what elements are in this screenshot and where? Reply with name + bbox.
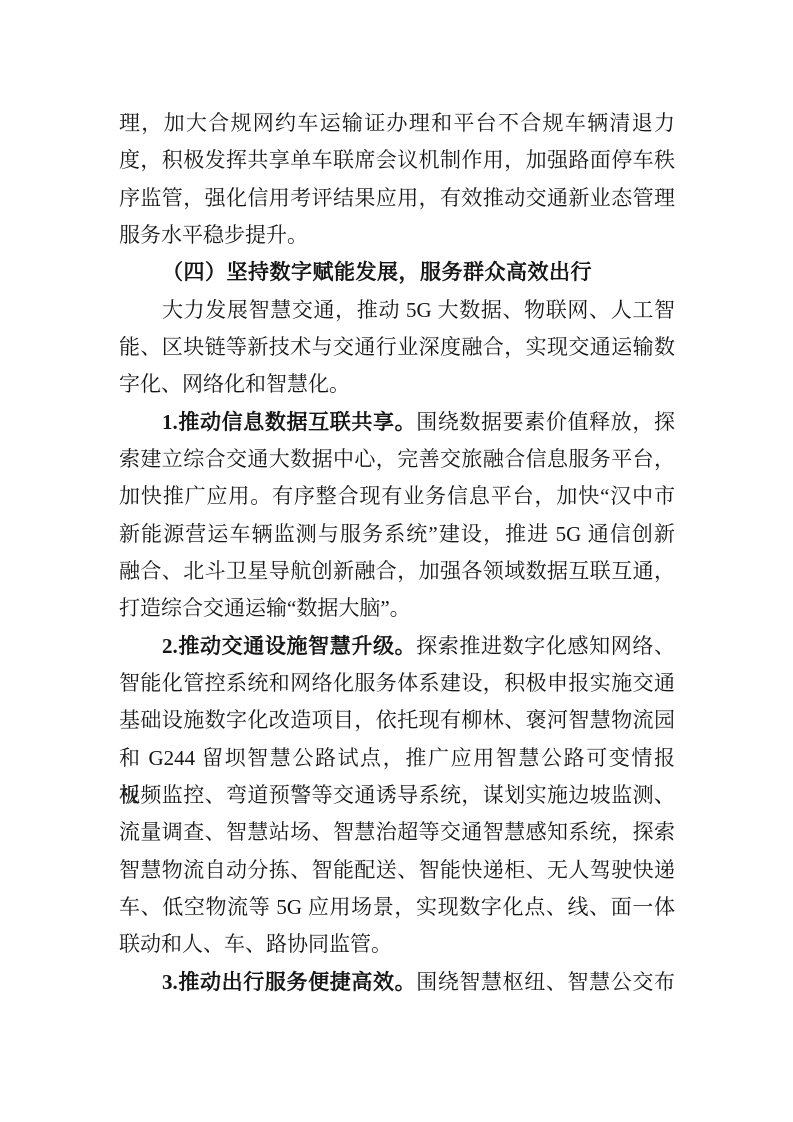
text-line: 视频监控、弯道预警等交通诱导系统，谋划实施边坡监测、 [119,777,675,814]
text-line: （四）坚持数字赋能发展，服务群众高效出行 [119,254,675,291]
text-line-segment: 服务水平稳步提升。 [119,223,308,247]
document-body: 理，加大合规网约车运输证办理和平台不合规车辆清退力度，积极发挥共享单车联席会议机… [119,105,675,1001]
text-line: 流量调查、智慧站场、智慧治超等交通智慧感知系统，探索 [119,814,675,851]
text-line: 理，加大合规网约车运输证办理和平台不合规车辆清退力 [119,105,675,142]
text-line-segment: 基础设施数字化改造项目，依托现有柳林、褒河智慧物流园 [119,708,675,732]
text-line: 能、区块链等新技术与交通行业深度融合，实现交通运输数 [119,329,675,366]
text-line-segment: 索建立综合交通大数据中心，完善交旅融合信息服务平台， [119,447,675,471]
text-line: 序监管，强化信用考评结果应用，有效推动交通新业态管理 [119,180,675,217]
text-line-segment: 度，积极发挥共享单车联席会议机制作用，加强路面停车秩 [119,148,675,172]
text-line: 1.推动信息数据互联共享。围绕数据要素价值释放，探 [119,404,675,441]
text-line-segment: 融合、北斗卫星导航创新融合，加强各领域数据互联互通， [119,559,675,583]
text-line: 服务水平稳步提升。 [119,217,675,254]
text-line-segment: 大力发展智慧交通，推动 5G 大数据、物联网、人工智 [162,298,675,322]
text-line-segment: 字化、网络化和智慧化。 [119,372,350,396]
text-line-segment: 新能源营运车辆监测与服务系统”建设，推进 5G 通信创新 [119,522,675,546]
text-line-segment: 车、低空物流等 5G 应用场景，实现数字化点、线、面一体 [119,895,675,919]
text-line-segment: 视频监控、弯道预警等交通诱导系统，谋划实施边坡监测、 [119,783,675,807]
text-line: 度，积极发挥共享单车联席会议机制作用，加强路面停车秩 [119,142,675,179]
text-line-bold-segment: 3.推动出行服务便捷高效。 [162,970,416,994]
text-line: 联动和人、车、路协同监管。 [119,926,675,963]
text-line: 智慧物流自动分拣、智能配送、智能快递柜、无人驾驶快递 [119,852,675,889]
text-line: 加快推广应用。有序整合现有业务信息平台，加快“汉中市 [119,478,675,515]
text-line: 3.推动出行服务便捷高效。围绕智慧枢纽、智慧公交布 [119,964,675,1001]
text-line: 车、低空物流等 5G 应用场景，实现数字化点、线、面一体 [119,889,675,926]
document-page: 理，加大合规网约车运输证办理和平台不合规车辆清退力度，积极发挥共享单车联席会议机… [0,0,793,1122]
text-line: 大力发展智慧交通，推动 5G 大数据、物联网、人工智 [119,292,675,329]
text-line-segment: 能、区块链等新技术与交通行业深度融合，实现交通运输数 [119,335,675,359]
text-line-segment: 围绕智慧枢纽、智慧公交布 [416,970,675,994]
text-line-segment: 探索推进数字化感知网络、 [416,634,675,658]
text-line-segment: 智能化管控系统和网络化服务体系建设，积极申报实施交通 [119,671,675,695]
text-line: 新能源营运车辆监测与服务系统”建设，推进 5G 通信创新 [119,516,675,553]
text-line: 打造综合交通运输“数据大脑”。 [119,590,675,627]
text-line-segment: 围绕数据要素价值释放，探 [416,410,675,434]
text-line-bold-segment: 2.推动交通设施智慧升级。 [162,634,416,658]
text-line: 2.推动交通设施智慧升级。探索推进数字化感知网络、 [119,628,675,665]
text-line-segment: 加快推广应用。有序整合现有业务信息平台，加快“汉中市 [119,484,675,508]
text-line-segment: 流量调查、智慧站场、智慧治超等交通智慧感知系统，探索 [119,820,675,844]
text-line: 和 G244 留坝智慧公路试点，推广应用智慧公路可变情报板、 [119,740,675,777]
text-line-segment: 理，加大合规网约车运输证办理和平台不合规车辆清退力 [119,111,675,135]
text-line-bold-segment: （四）坚持数字赋能发展，服务群众高效出行 [162,260,592,284]
text-line: 索建立综合交通大数据中心，完善交旅融合信息服务平台， [119,441,675,478]
text-line: 字化、网络化和智慧化。 [119,366,675,403]
text-line-segment: 智慧物流自动分拣、智能配送、智能快递柜、无人驾驶快递 [119,858,675,882]
text-line: 融合、北斗卫星导航创新融合，加强各领域数据互联互通， [119,553,675,590]
text-line-bold-segment: 1.推动信息数据互联共享。 [162,410,416,434]
text-line-segment: 序监管，强化信用考评结果应用，有效推动交通新业态管理 [119,186,675,210]
text-line-segment: 打造综合交通运输“数据大脑”。 [119,596,411,620]
text-line-segment: 联动和人、车、路协同监管。 [119,932,392,956]
text-line: 智能化管控系统和网络化服务体系建设，积极申报实施交通 [119,665,675,702]
text-line: 基础设施数字化改造项目，依托现有柳林、褒河智慧物流园 [119,702,675,739]
